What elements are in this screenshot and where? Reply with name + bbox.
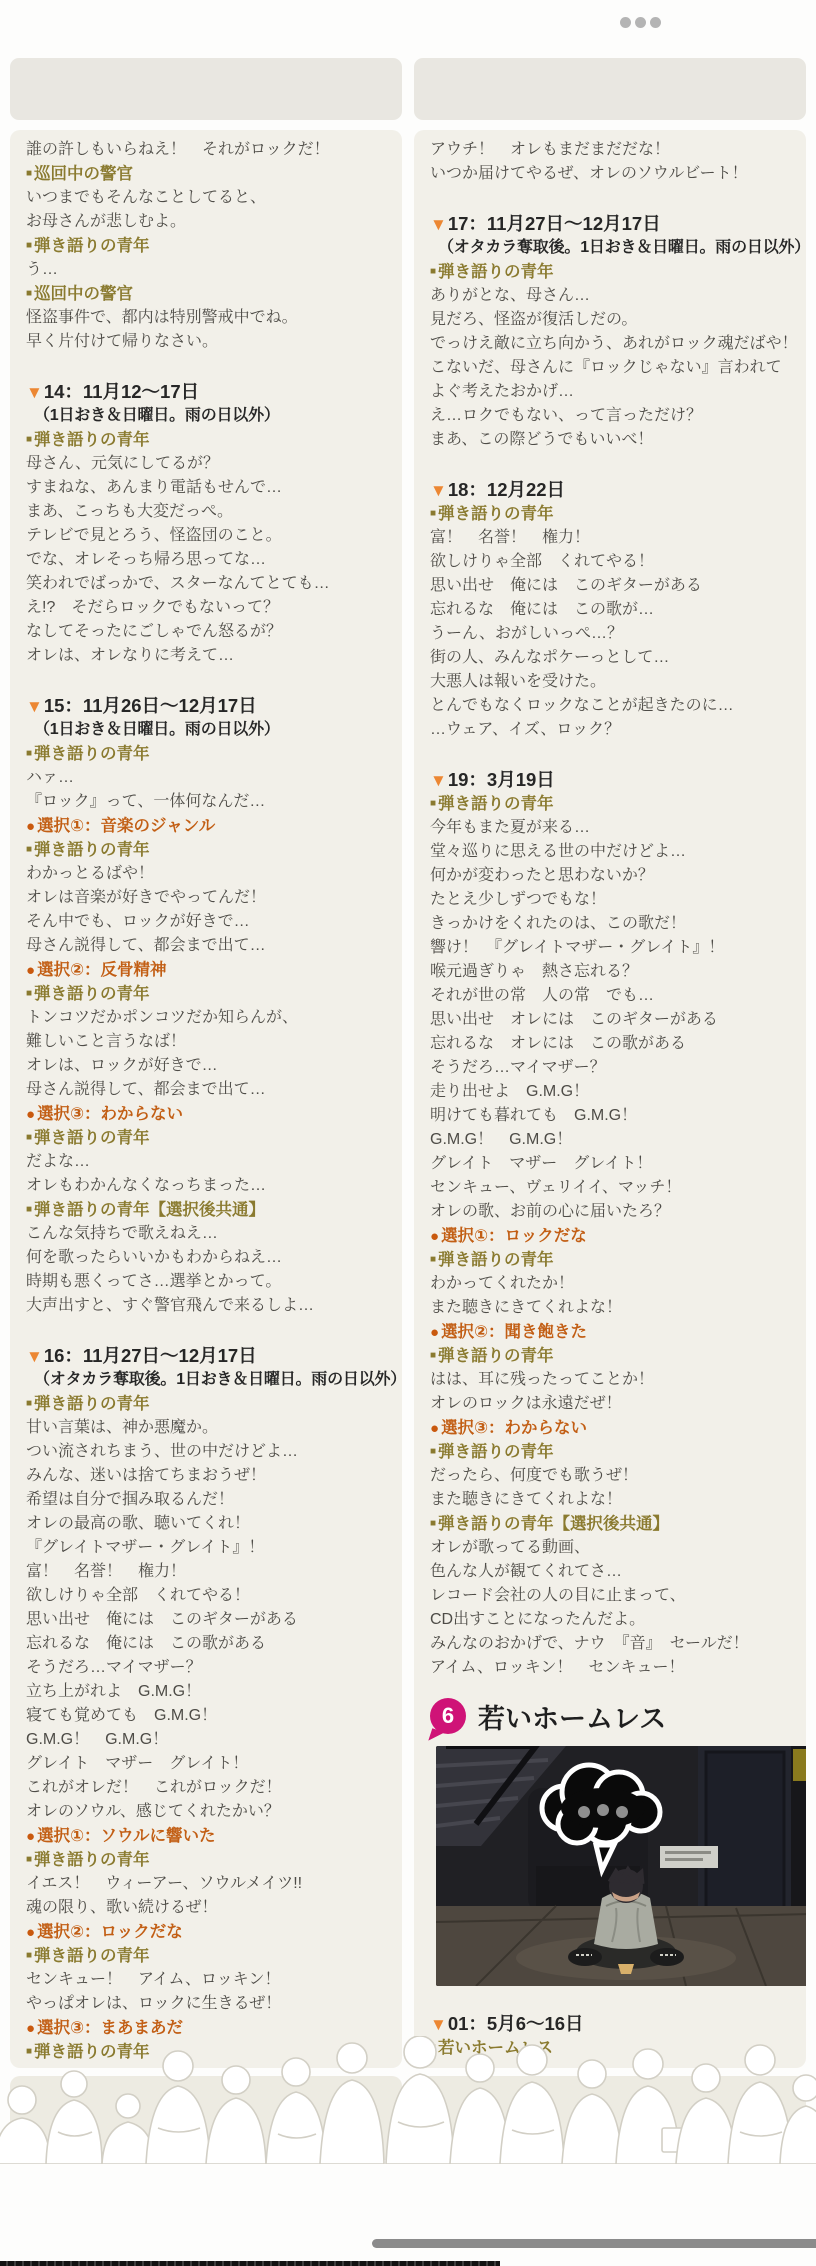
square-bullet-icon: ■ <box>26 1398 32 1409</box>
dialogue-line: 寝ても覚めても G.M.G！ <box>26 1704 398 1728</box>
dialogue-line: よぐ考えたおかげ… <box>430 380 802 404</box>
dialogue-line: 大声出すと、すぐ警官飛んで来るしよ… <box>26 1294 398 1318</box>
triangle-icon: ▼ <box>26 383 43 402</box>
dialogue-line: 母さん説得して、都会まで出て… <box>26 1078 398 1102</box>
dialogue-line: うーん、おがしいっぺ…？ <box>430 622 802 646</box>
dialogue-line: こんな気持ちで歌えねえ… <box>26 1222 398 1246</box>
speaker-label: ■弾き語りの青年【選択後共通】 <box>430 1512 802 1536</box>
choice-option[interactable]: ●選択①：ロックだな <box>430 1224 802 1248</box>
dialogue-line: オレもわかんなくなっちまった… <box>26 1174 398 1198</box>
section-heading: 6 若いホームレス <box>430 1696 802 1736</box>
dialogue-line: また聴きにきてくれよな！ <box>430 1488 802 1512</box>
square-bullet-icon: ■ <box>430 266 436 277</box>
dialogue-line: お母さんが悲しむよ。 <box>26 210 398 234</box>
square-bullet-icon: ■ <box>430 2042 436 2053</box>
dialogue-line: 『ロック』って、一体何なんだ… <box>26 790 398 814</box>
dialogue-line: グレイト マザー グレイト！ <box>430 1152 802 1176</box>
dialogue-line: オレの最高の歌、聴いてくれ！ <box>26 1512 398 1536</box>
dialogue-line: そうだろ…マイマザー？ <box>430 1056 802 1080</box>
cropped-content-strip <box>0 2261 500 2266</box>
dialogue-line: はは、耳に残ったってことか！ <box>430 1368 802 1392</box>
dialogue-line: 忘れるな オレには この歌がある <box>430 1032 802 1056</box>
dialogue-line: これがオレだ！ これがロックだ！ <box>26 1776 398 1800</box>
date-header: ▼01：5月6～16日 <box>430 2012 802 2036</box>
circle-bullet-icon: ● <box>26 1828 35 1845</box>
dialogue-line: 思い出せ 俺には このギターがある <box>26 1608 398 1632</box>
dialogue-line: でな、オレそっち帰ろ思ってな… <box>26 548 398 572</box>
speaker-label: ■巡回中の警官 <box>26 162 398 186</box>
speaker-label: ■弾き語りの青年 <box>26 428 398 452</box>
dialogue-line: CD出すことになったんだよ。 <box>430 1608 802 1632</box>
triangle-icon: ▼ <box>430 2015 447 2034</box>
dialogue-line: だったら、何度でも歌うぜ！ <box>430 1464 802 1488</box>
dialogue-line: 忘れるな 俺には この歌が… <box>430 598 802 622</box>
dialogue-line: センキュー、ヴェリイイ、マッチ！ <box>430 1176 802 1200</box>
dialogue-line: う… <box>26 258 398 282</box>
dialogue-line: …ウェア、イズ、ロック？ <box>430 718 802 742</box>
dialogue-line: 誰の許しもいらねえ！ それがロックだ！ <box>26 138 398 162</box>
date-header: ▼19：3月19日 <box>430 768 802 792</box>
circle-bullet-icon: ● <box>430 1228 439 1245</box>
choice-option[interactable]: ●選択③：わからない <box>26 1102 398 1126</box>
speaker-label: ■弾き語りの青年 <box>430 502 802 526</box>
dialogue-line: 笑われでばっかで、スターなんてとても… <box>26 572 398 596</box>
dialogue-line: 色んな人が観てくれてさ… <box>430 1560 802 1584</box>
dialogue-line: なしてそったにごしゃでん怒るが？ <box>26 620 398 644</box>
dialogue-line: 忘れるな 俺には この歌がある <box>26 1632 398 1656</box>
date-header: ▼14：11月12～17日 <box>26 380 398 404</box>
dialogue-line: オレは音楽が好きでやってんだ！ <box>26 886 398 910</box>
dialogue-line: わかっとるばや！ <box>26 862 398 886</box>
dialogue-line: とんでもなくロックなことが起きたのに… <box>430 694 802 718</box>
left-column-content: 誰の許しもいらねえ！ それがロックだ！■巡回中の警官いつまでもそんなことしてると… <box>10 130 402 2064</box>
dialogue-line: やっぱオレは、ロックに生きるぜ！ <box>26 1992 398 2016</box>
dialogue-line: 時期も悪くってさ…選挙とかって。 <box>26 1270 398 1294</box>
dialogue-line: そうだろ…マイマザー？ <box>26 1656 398 1680</box>
date-header: ▼16：11月27日～12月17日 <box>26 1344 398 1368</box>
dialogue-line: 大悪人は報いを受けた。 <box>430 670 802 694</box>
dialogue-line: まあ、この際どうでもいいべ！ <box>430 428 802 452</box>
right-column-box: アウチ！ オレもまだまだだな！いつか届けてやるぜ、オレのソウルビート！▼17：1… <box>414 130 806 2068</box>
next-section-box-left <box>10 2076 402 2160</box>
square-bullet-icon: ■ <box>430 1254 436 1265</box>
dialogue-line: G.M.G！ G.M.G！ <box>26 1728 398 1752</box>
dialogue-line: センキュー！ アイム、ロッキン！ <box>26 1968 398 1992</box>
dialogue-line: きっかけをくれたのは、この歌だ！ <box>430 912 802 936</box>
dialogue-line: 甘い言葉は、神か悪魔か。 <box>26 1416 398 1440</box>
dialogue-line: オレは、オレなりに考えて… <box>26 644 398 668</box>
dialogue-line: 思い出せ 俺には このギターがある <box>430 574 802 598</box>
dialogue-line: 欲しけりゃ全部 くれてやる！ <box>430 550 802 574</box>
choice-option[interactable]: ●選択③：まあまあだ <box>26 2016 398 2040</box>
dialogue-line: たとえ少しずつでもな！ <box>430 888 802 912</box>
dialogue-line: グレイト マザー グレイト！ <box>26 1752 398 1776</box>
square-bullet-icon: ■ <box>26 2046 32 2057</box>
dialogue-line: オレのロックは永遠だぜ！ <box>430 1392 802 1416</box>
circle-bullet-icon: ● <box>26 1924 35 1941</box>
date-header-cont: （1日おき＆日曜日。雨の日以外） <box>26 404 398 428</box>
dialogue-line: 見だろ、怪盗が復活しだの。 <box>430 308 802 332</box>
dialogue-line: 欲しけりゃ全部 くれてやる！ <box>26 1584 398 1608</box>
speaker-label: ■巡回中の警官 <box>26 282 398 306</box>
dialogue-line: すまねな、あんまり電話もせんで… <box>26 476 398 500</box>
dialogue-line: 喉元過ぎりゃ 熱さ忘れる？ <box>430 960 802 984</box>
dialogue-line: ハァ… <box>26 766 398 790</box>
speaker-label: ■弾き語りの青年 <box>26 982 398 1006</box>
circle-bullet-icon: ● <box>26 2020 35 2037</box>
dialogue-line: レコード会社の人の目に止まって、 <box>430 1584 802 1608</box>
dialogue-line: 母さん、元気にしてるが？ <box>26 452 398 476</box>
right-column-content-bottom: ▼01：5月6～16日■若いホームレス <box>430 2012 802 2060</box>
circle-bullet-icon: ● <box>430 1324 439 1341</box>
speaker-label: ■弾き語りの青年 <box>26 1944 398 1968</box>
speaker-label: ■弾き語りの青年 <box>430 260 802 284</box>
square-bullet-icon: ■ <box>430 798 436 809</box>
choice-option[interactable]: ●選択②：ロックだな <box>26 1920 398 1944</box>
square-bullet-icon: ■ <box>430 508 436 519</box>
next-section-box-right <box>414 2076 806 2160</box>
circle-bullet-icon: ● <box>26 818 35 835</box>
dialogue-line: 何を歌ったらいいかもわからねえ… <box>26 1246 398 1270</box>
triangle-icon: ▼ <box>26 697 43 716</box>
section-title: 若いホームレス <box>478 1697 666 1736</box>
dialogue-line: テレビで見とろう、怪盗団のこと。 <box>26 524 398 548</box>
speaker-label: ■弾き語りの青年 <box>430 792 802 816</box>
square-bullet-icon: ■ <box>430 1518 436 1529</box>
dialogue-line: G.M.G！ G.M.G！ <box>430 1128 802 1152</box>
right-column-content: アウチ！ オレもまだまだだな！いつか届けてやるぜ、オレのソウルビート！▼17：1… <box>414 130 806 1680</box>
game-screenshot <box>436 1746 806 1986</box>
dialogue-line: でっけえ敵に立ち向かう、あれがロック魂だばや！ <box>430 332 802 356</box>
dialogue-line: つい流されちまう、世の中だけどよ… <box>26 1440 398 1464</box>
dialogue-line: また聴きにきてくれよな！ <box>430 1296 802 1320</box>
square-bullet-icon: ■ <box>26 1854 32 1865</box>
dialogue-line: 街の人、みんなポケーっとして… <box>430 646 802 670</box>
date-header: ▼17：11月27日～12月17日 <box>430 212 802 236</box>
choice-option[interactable]: ●選択①：ソウルに響いた <box>26 1824 398 1848</box>
circle-bullet-icon: ● <box>430 1420 439 1437</box>
dialogue-line: いつまでもそんなことしてると、 <box>26 186 398 210</box>
dialogue-line: 明けても暮れても G.M.G！ <box>430 1104 802 1128</box>
map-pin-icon: 6 <box>430 1698 466 1734</box>
square-bullet-icon: ■ <box>26 1132 32 1143</box>
square-bullet-icon: ■ <box>430 1350 436 1361</box>
dialogue-line: わかってくれたか！ <box>430 1272 802 1296</box>
dialogue-line: ありがとな、母さん… <box>430 284 802 308</box>
triangle-icon: ▼ <box>430 215 447 234</box>
dialogue-line: オレの歌、お前の心に届いたろ？ <box>430 1200 802 1224</box>
dialogue-line: こないだ、母さんに『ロックじゃない』言われて <box>430 356 802 380</box>
dialogue-line: 響け！ 『グレイトマザー・グレイト』！ <box>430 936 802 960</box>
dialogue-line: それが世の常 人の常 でも… <box>430 984 802 1008</box>
dialogue-line: 『グレイトマザー・グレイト』！ <box>26 1536 398 1560</box>
choice-option[interactable]: ●選択②：反骨精神 <box>26 958 398 982</box>
dialogue-line: オレが歌ってる動画、 <box>430 1536 802 1560</box>
square-bullet-icon: ■ <box>26 748 32 759</box>
date-header: ▼18：12月22日 <box>430 478 802 502</box>
dialogue-line: オレは、ロックが好きで… <box>26 1054 398 1078</box>
dialogue-line: 何かが変わったと思わないか？ <box>430 864 802 888</box>
dialogue-line: そん中でも、ロックが好きで… <box>26 910 398 934</box>
choice-option[interactable]: ●選択②：聞き飽きた <box>430 1320 802 1344</box>
dialogue-line: 早く片付けて帰りなさい。 <box>26 330 398 354</box>
square-bullet-icon: ■ <box>26 1950 32 1961</box>
date-header-cont: （オタカラ奪取後。1日おき＆日曜日。雨の日以外） <box>430 236 802 260</box>
dialogue-line: 思い出せ オレには このギターがある <box>430 1008 802 1032</box>
square-bullet-icon: ■ <box>430 1446 436 1457</box>
section-number: 6 <box>442 1703 454 1729</box>
guide-page: 誰の許しもいらねえ！ それがロックだ！■巡回中の警官いつまでもそんなことしてると… <box>0 0 816 2266</box>
speaker-label: ■弾き語りの青年 <box>26 838 398 862</box>
left-column-box: 誰の許しもいらねえ！ それがロックだ！■巡回中の警官いつまでもそんなことしてると… <box>10 130 402 2068</box>
dialogue-line: 富！ 名誉！ 権力！ <box>26 1560 398 1584</box>
triangle-icon: ▼ <box>430 771 447 790</box>
circle-bullet-icon: ● <box>26 1106 35 1123</box>
speaker-label: ■弾き語りの青年 <box>430 1344 802 1368</box>
dialogue-line: みんな、迷いは捨てちまおうぜ！ <box>26 1464 398 1488</box>
square-bullet-icon: ■ <box>26 240 32 251</box>
dialogue-line: だよな… <box>26 1150 398 1174</box>
dialogue-line: え!? そだらロックでもないって？ <box>26 596 398 620</box>
dialogue-line: オレのソウル、感じてくれたかい？ <box>26 1800 398 1824</box>
dialogue-line: アイム、ロッキン！ センキュー！ <box>430 1656 802 1680</box>
dialogue-line: 母さん説得して、都会まで出て… <box>26 934 398 958</box>
dialogue-line: 今年もまた夏が来る… <box>430 816 802 840</box>
dialogue-line: 富！ 名誉！ 権力！ <box>430 526 802 550</box>
triangle-icon: ▼ <box>430 481 447 500</box>
square-bullet-icon: ■ <box>26 988 32 999</box>
dialogue-line: え…ロクでもない、って言っただけ？ <box>430 404 802 428</box>
dialogue-line: まあ、こっちも大変だっぺ。 <box>26 500 398 524</box>
date-header-cont: （1日おき＆日曜日。雨の日以外） <box>26 718 398 742</box>
dialogue-line: 走り出せよ G.M.G！ <box>430 1080 802 1104</box>
square-bullet-icon: ■ <box>26 288 32 299</box>
speaker-label: ■弾き語りの青年 <box>26 1126 398 1150</box>
speaker-label: ■弾き語りの青年 <box>26 1848 398 1872</box>
choice-option[interactable]: ●選択③：わからない <box>430 1416 802 1440</box>
speaker-label: ■弾き語りの青年 <box>26 234 398 258</box>
dialogue-line: 堂々巡りに思える世の中だけどよ… <box>430 840 802 864</box>
wall-sign <box>660 1846 718 1868</box>
dialogue-line: 難しいこと言うなば！ <box>26 1030 398 1054</box>
more-dots-icon <box>620 17 661 28</box>
scrollbar-thumb[interactable] <box>372 2239 816 2248</box>
speaker-label: ■弾き語りの青年 <box>26 2040 398 2064</box>
square-bullet-icon: ■ <box>26 844 32 855</box>
speaker-label: ■弾き語りの青年 <box>26 1392 398 1416</box>
dialogue-line: トンコツだかポンコツだか知らんが、 <box>26 1006 398 1030</box>
triangle-icon: ▼ <box>26 1347 43 1366</box>
dialogue-line: イエス！ ウィーアー、ソウルメイツ!! <box>26 1872 398 1896</box>
yellow-plate <box>793 1749 806 1781</box>
square-bullet-icon: ■ <box>26 1204 32 1215</box>
speaker-label: ■弾き語りの青年【選択後共通】 <box>26 1198 398 1222</box>
circle-bullet-icon: ● <box>26 962 35 979</box>
dialogue-line: 立ち上がれよ G.M.G！ <box>26 1680 398 1704</box>
date-header: ▼15：11月26日～12月17日 <box>26 694 398 718</box>
speaker-label: ■弾き語りの青年 <box>430 1440 802 1464</box>
square-bullet-icon: ■ <box>26 168 32 179</box>
dialogue-line: 怪盗事件で、都内は特別警戒中でね。 <box>26 306 398 330</box>
choice-option[interactable]: ●選択①：音楽のジャンル <box>26 814 398 838</box>
speaker-label: ■弾き語りの青年 <box>430 1248 802 1272</box>
speaker-label: ■若いホームレス <box>430 2036 802 2060</box>
dialogue-line: いつか届けてやるぜ、オレのソウルビート！ <box>430 162 802 186</box>
top-box-right <box>414 58 806 120</box>
date-header-cont: （オタカラ奪取後。1日おき＆日曜日。雨の日以外） <box>26 1368 398 1392</box>
square-bullet-icon: ■ <box>26 434 32 445</box>
dialogue-line: みんなのおかげで、ナウ 『音』 セールだ！ <box>430 1632 802 1656</box>
top-box-left <box>10 58 402 120</box>
dialogue-line: 魂の限り、歌い続けるぜ！ <box>26 1896 398 1920</box>
speaker-label: ■弾き語りの青年 <box>26 742 398 766</box>
dialogue-line: 希望は自分で掴み取るんだ！ <box>26 1488 398 1512</box>
dialogue-line: アウチ！ オレもまだまだだな！ <box>430 138 802 162</box>
